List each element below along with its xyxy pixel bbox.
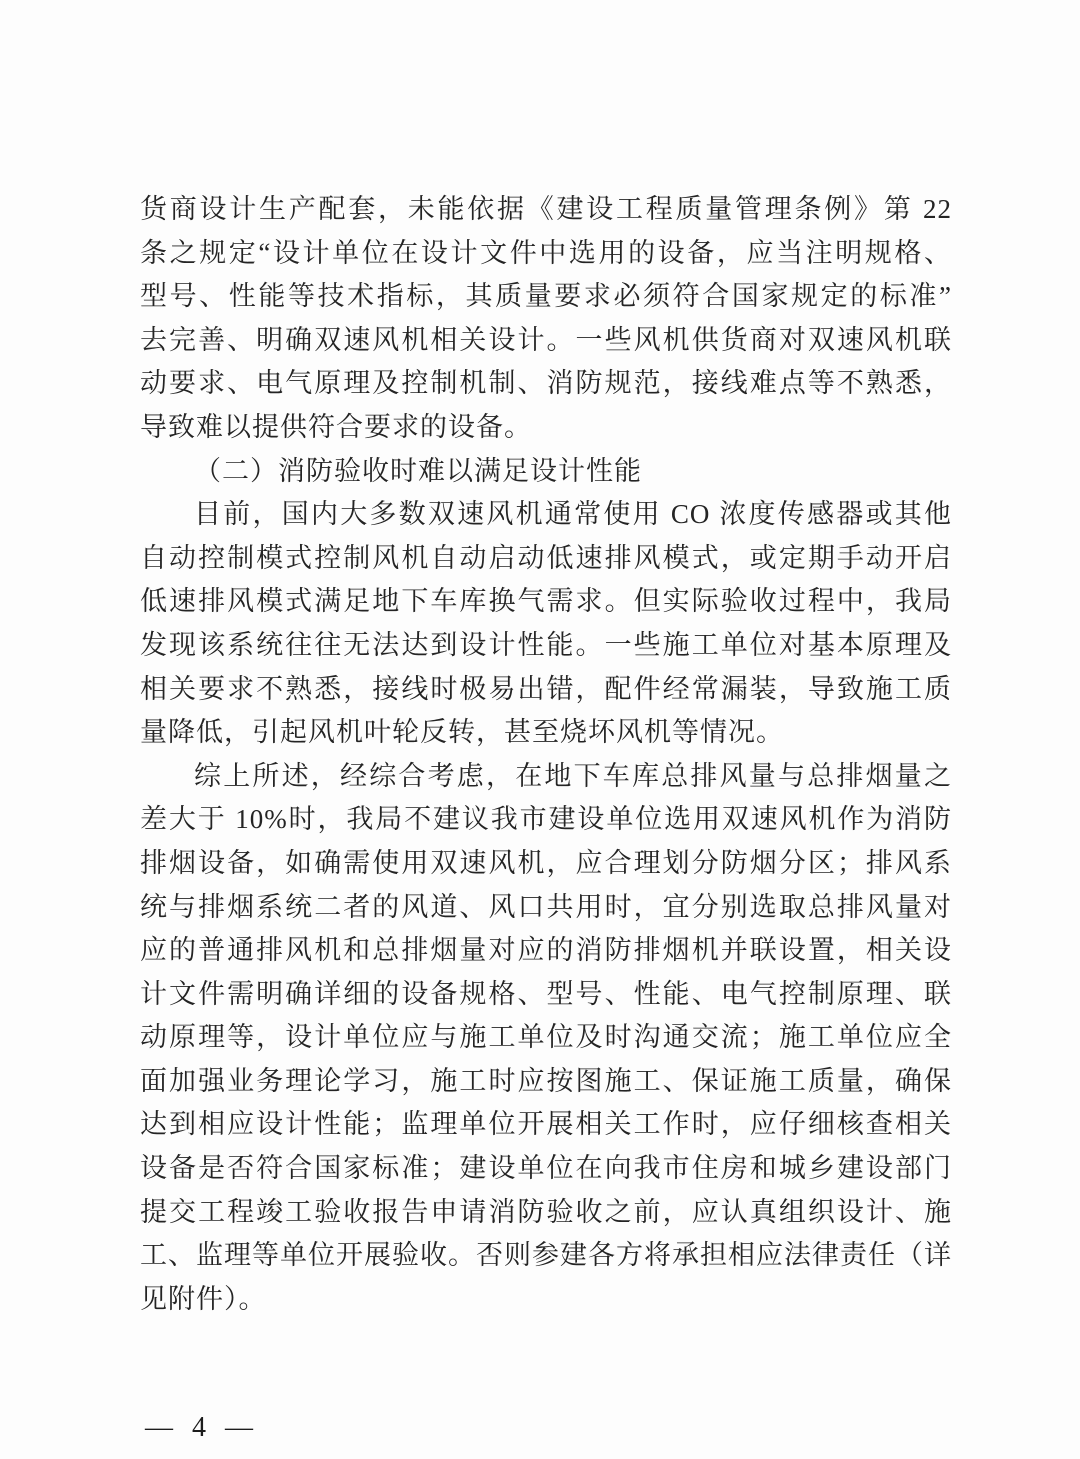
text-line: 货商设计生产配套，未能依据《建设工程质量管理条例》第 22 xyxy=(140,188,952,232)
text-line: 综上所述，经综合考虑，在地下车库总排风量与总排烟量之 xyxy=(140,755,952,799)
scanned-document-page: { "page": { "background_color": "#fdfdfd… xyxy=(0,0,1080,1459)
text-line: 见附件）。 xyxy=(140,1278,952,1322)
text-line: 动要求、电气原理及控制机制、消防规范，接线难点等不熟悉， xyxy=(140,362,952,406)
text-line: 自动控制模式控制风机自动启动低速排风模式，或定期手动开启 xyxy=(140,537,952,581)
text-line: 排烟设备，如确需使用双速风机，应合理划分防烟分区；排风系 xyxy=(140,842,952,886)
text-line: 差大于 10%时，我局不建议我市建设单位选用双速风机作为消防 xyxy=(140,798,952,842)
section-2: （二）消防验收时难以满足设计性能 xyxy=(140,450,952,494)
text-line: 设备是否符合国家标准；建设单位在向我市住房和城乡建设部门 xyxy=(140,1147,952,1191)
text-line: 发现该系统往往无法达到设计性能。一些施工单位对基本原理及 xyxy=(140,624,952,668)
text-line: 计文件需明确详细的设备规格、型号、性能、电气控制原理、联 xyxy=(140,973,952,1017)
text-line: 相关要求不熟悉，接线时极易出错，配件经常漏装，导致施工质 xyxy=(140,668,952,712)
text-line: 低速排风模式满足地下车库换气需求。但实际验收过程中，我局 xyxy=(140,580,952,624)
text-line: 目前，国内大多数双速风机通常使用 CO 浓度传感器或其他 xyxy=(140,493,952,537)
paragraph-current-status: 目前，国内大多数双速风机通常使用 CO 浓度传感器或其他 自动控制模式控制风机自… xyxy=(140,493,952,755)
text-line: 导致难以提供符合要求的设备。 xyxy=(140,406,952,450)
text-line: 型号、性能等技术指标，其质量要求必须符合国家规定的标准” xyxy=(140,275,952,319)
text-line: 应的普通排风机和总排烟量对应的消防排烟机并联设置，相关设 xyxy=(140,929,952,973)
document-body: 货商设计生产配套，未能依据《建设工程质量管理条例》第 22 条之规定“设计单位在… xyxy=(140,188,952,1321)
text-line: 提交工程竣工验收报告申请消防验收之前，应认真组织设计、施 xyxy=(140,1191,952,1235)
text-line: 量降低，引起风机叶轮反转，甚至烧坏风机等情况。 xyxy=(140,711,952,755)
page-number: — 4 — xyxy=(145,1408,255,1448)
text-line: 去完善、明确双速风机相关设计。一些风机供货商对双速风机联 xyxy=(140,319,952,363)
text-line: 条之规定“设计单位在设计文件中选用的设备，应当注明规格、 xyxy=(140,232,952,276)
section-heading: （二）消防验收时难以满足设计性能 xyxy=(140,450,952,494)
paragraph-continuation: 货商设计生产配套，未能依据《建设工程质量管理条例》第 22 条之规定“设计单位在… xyxy=(140,188,952,450)
text-line: 工、监理等单位开展验收。否则参建各方将承担相应法律责任（详 xyxy=(140,1234,952,1278)
text-line: 面加强业务理论学习，施工时应按图施工、保证施工质量，确保 xyxy=(140,1060,952,1104)
text-line: 动原理等，设计单位应与施工单位及时沟通交流；施工单位应全 xyxy=(140,1016,952,1060)
text-line: 统与排烟系统二者的风道、风口共用时，宜分别选取总排风量对 xyxy=(140,886,952,930)
text-line: 达到相应设计性能；监理单位开展相关工作时，应仔细核查相关 xyxy=(140,1103,952,1147)
paragraph-conclusion: 综上所述，经综合考虑，在地下车库总排风量与总排烟量之 差大于 10%时，我局不建… xyxy=(140,755,952,1322)
